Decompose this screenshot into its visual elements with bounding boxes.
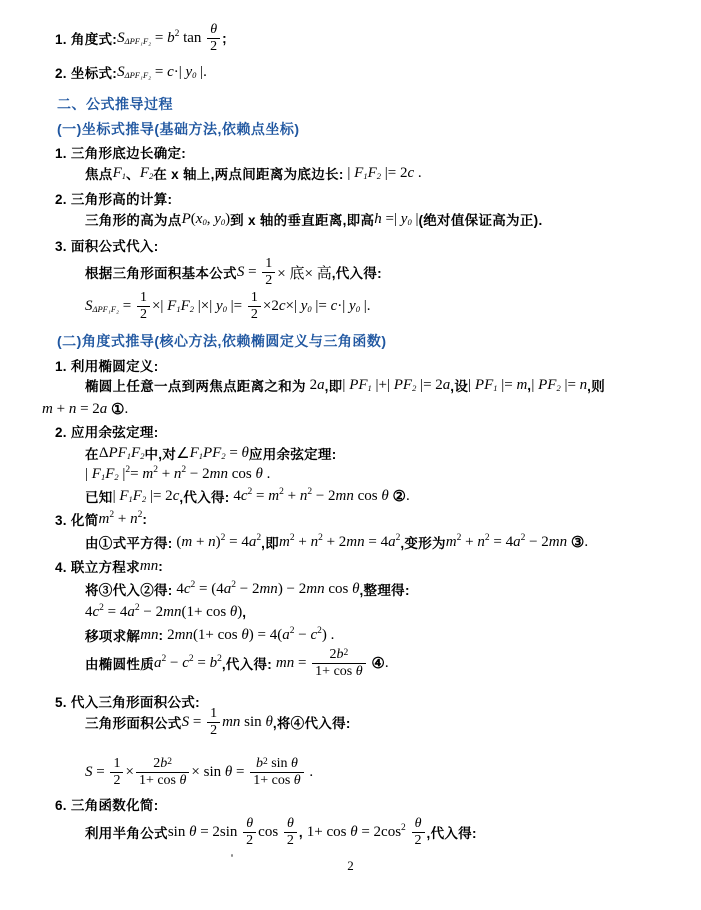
math-run: 4c2 = (4a2 − 2mn) − 2mn cos θ (173, 581, 360, 598)
equation-4: 由椭圆性质a2 − c2 = b2,代入得: mn = 2b21+ cos θ … (85, 641, 389, 685)
text-run: 根据三角形面积基本公式 (85, 262, 237, 282)
text-run: 将③代入②得: (85, 579, 173, 599)
subsection-1-heading: (一)坐标式推导(基础方法,依赖点坐标) (57, 119, 300, 139)
page-number-text: 2 (347, 858, 354, 874)
text-run: , (242, 605, 246, 620)
text-run: 2. 坐标式: (55, 62, 117, 82)
stray-mark (231, 854, 233, 857)
text-run: ,则 (587, 375, 605, 395)
text-run: 1. 三角形底边长确定: (55, 142, 186, 162)
math-run: mn = 2b21+ cos θ ④. (272, 647, 388, 679)
text-run: ,代入得: (427, 822, 477, 842)
step1-title-base: 1. 三角形底边长确定: (55, 142, 186, 162)
math-run: (m + n)2 = 4a2 (173, 534, 262, 551)
fraction: 12 (207, 706, 220, 738)
text-run: ,整理得: (360, 579, 410, 599)
text-run: 在 (85, 443, 99, 463)
math-run: m + n = 2a ①. (42, 400, 128, 419)
text-run: ,将④代入得: (273, 712, 351, 732)
text-run: 焦点 (85, 163, 113, 183)
math-run: | F1F2 |= 2c . (344, 165, 422, 182)
fraction: θ2 (207, 22, 220, 54)
fraction: θ2 (243, 816, 256, 848)
text-run: 到 x 轴的垂直距离,即高 (230, 209, 374, 229)
text-run: 利用半角公式 (85, 822, 168, 842)
step4-simplified-line: 4c2 = 4a2 − 2mn(1+ cos θ), (85, 602, 246, 622)
text-run: 2. 应用余弦定理: (55, 421, 159, 441)
math-run: | PF1 |+| PF2 |= 2a (342, 377, 450, 394)
text-run: 由①式平方得: (85, 532, 173, 552)
step5-body-area-formula: 三角形面积公式S = 12mn sin θ,将④代入得: (85, 700, 351, 744)
fraction: 12 (137, 290, 150, 322)
item-coordinate-formula: 2. 坐标式:SΔPF₁F₂ = c·| y0 |. (55, 62, 207, 82)
math-run: ΔPF1F2 (99, 445, 145, 462)
text-run: : (158, 559, 163, 574)
text-run: 4. 联立方程求 (55, 556, 140, 576)
text-run: ; (222, 31, 227, 46)
step2-body-cosine-setup: 在ΔPF1F2中,对∠F1PF2 = θ应用余弦定理: (85, 443, 337, 463)
math-run: 1+ cos θ = 2cos2 θ2 (303, 816, 427, 848)
text-run: ,即 (261, 532, 279, 552)
step2-body: 三角形的高为点P(x0, y0)到 x 轴的垂直距离,即高h =| y0 |(绝… (85, 209, 543, 229)
math-run: a2 − c2 = b2 (154, 655, 222, 672)
equation-3: 由①式平方得: (m + n)2 = 4a2,即m2 + n2 + 2mn = … (85, 532, 588, 552)
math-run: | F1F2 |2= m2 + n2 − 2mn cos θ . (85, 466, 270, 483)
math-run: 4c2 = m2 + n2 − 2mn cos θ ②. (230, 487, 410, 506)
step1-body: 焦点F1、F2在 x 轴上,两点间距离为底边长: | F1F2 |= 2c . (85, 163, 422, 183)
text-run: 三角形的高为点 (85, 209, 182, 229)
text-run: ,即 (325, 375, 343, 395)
fraction: b2 sin θ1+ cos θ (250, 756, 303, 788)
cosine-law-formula: | F1F2 |2= m2 + n2 − 2mn cos θ . (85, 464, 270, 484)
text-run: 应用余弦定理: (249, 443, 337, 463)
item-angle-formula: 1. 角度式:SΔPF₁F₂ = b2 tan θ2; (55, 16, 227, 60)
section-heading: 二、公式推导过程 (57, 94, 173, 114)
fraction: 2b21+ cos θ (136, 756, 189, 788)
text-run: 椭圆上任意一点到两焦点距离之和为 (85, 375, 306, 395)
page-number: 2 (0, 858, 701, 874)
math-run: sin θ = 2sin θ2cos θ2 (168, 816, 299, 848)
text-run: ,代入得: (222, 653, 272, 673)
area-result-formula: S = 12×2b21+ cos θ× sin θ = b2 sin θ1+ c… (85, 750, 313, 794)
step2-title-height: 2. 三角形高的计算: (55, 188, 172, 208)
subsection-2-heading: (二)角度式推导(核心方法,依赖椭圆定义与三角函数) (57, 331, 387, 351)
step1-body-definition: 椭圆上任意一点到两焦点距离之和为 2a,即| PF1 |+| PF2 |= 2a… (85, 375, 605, 395)
step2-title-cosine-law: 2. 应用余弦定理: (55, 421, 159, 441)
step4-substitute-line: 将③代入②得: 4c2 = (4a2 − 2mn) − 2mn cos θ,整理… (85, 579, 410, 599)
coordinate-derivation-formula: SΔPF₁F₂ = 12×| F1F2 |×| y0 |= 12×2c×| y0… (85, 284, 370, 328)
math-run: h =| y0 | (374, 211, 418, 228)
text-run: 3. 化简 (55, 509, 99, 529)
text-run: 1. 角度式: (55, 28, 117, 48)
math-run: m2 + n2 = 4a2 − 2mn ③. (446, 533, 588, 552)
equation-2: 已知| F1F2 |= 2c,代入得: 4c2 = m2 + n2 − 2mn … (85, 486, 410, 506)
text-run: (绝对值保证高为正). (418, 209, 542, 229)
text-run: ,变形为 (400, 532, 445, 552)
step4-title-solve-mn: 4. 联立方程求mn: (55, 556, 163, 576)
section-heading-text: 二、公式推导过程 (57, 94, 173, 114)
step3-title-simplify: 3. 化简m2 + n2: (55, 509, 147, 529)
math-run: F2 (140, 165, 153, 182)
math-run: P(x0, y0) (182, 211, 231, 228)
step1-title-definition: 1. 利用椭圆定义: (55, 355, 159, 375)
equation-1: m + n = 2a ①. (42, 399, 128, 419)
text-run: 由椭圆性质 (85, 653, 154, 673)
fraction: 12 (110, 756, 123, 788)
text-run: 已知 (85, 486, 113, 506)
math-run: S = 12×2b21+ cos θ× sin θ = b2 sin θ1+ c… (85, 756, 313, 788)
math-run: ∠F1PF2 = θ (176, 444, 249, 463)
step6-body-half-angle: 利用半角公式sin θ = 2sin θ2cos θ2, 1+ cos θ = … (85, 810, 477, 854)
math-run: SΔPF₁F₂ = b2 tan θ2 (117, 22, 222, 54)
text-run: ,设 (450, 375, 468, 395)
math-run: 2a (306, 377, 325, 394)
text-run: 1. 利用椭圆定义: (55, 355, 159, 375)
math-run: mn (140, 558, 158, 575)
math-run: | PF1 |= m (468, 377, 527, 394)
math-run: 4c2 = 4a2 − 2mn(1+ cos θ) (85, 604, 242, 621)
text-run: 、 (126, 163, 140, 183)
math-run: | F1F2 |= 2c (113, 488, 180, 505)
text-run: 中,对 (144, 443, 176, 463)
subsection-1-heading-text: (一)坐标式推导(基础方法,依赖点坐标) (57, 119, 300, 139)
text-run: : (142, 512, 147, 527)
fraction: 2b21+ cos θ (312, 647, 365, 679)
math-run: F1 (113, 165, 126, 182)
fraction: 12 (248, 290, 261, 322)
fraction: θ2 (412, 816, 425, 848)
math-run: S = 12mn sin θ (182, 706, 273, 738)
math-run: SΔPF₁F₂ = 12×| F1F2 |×| y0 |= 12×2c×| y0… (85, 290, 370, 322)
math-run: m2 + n2 (99, 511, 143, 528)
math-run: | PF2 |= n (531, 377, 587, 394)
text-run: 2. 三角形高的计算: (55, 188, 172, 208)
math-run: SΔPF₁F₂ = c·| y0 |. (117, 64, 207, 81)
text-run: 三角形面积公式 (85, 712, 182, 732)
math-run: m2 + n2 + 2mn = 4a2 (279, 534, 400, 551)
text-run: ,代入得: (179, 486, 229, 506)
text-run: 在 x 轴上,两点间距离为底边长: (153, 163, 343, 183)
subsection-2-heading-text: (二)角度式推导(核心方法,依赖椭圆定义与三角函数) (57, 331, 387, 351)
text-run: ,代入得: (332, 262, 382, 282)
fraction: θ2 (284, 816, 297, 848)
